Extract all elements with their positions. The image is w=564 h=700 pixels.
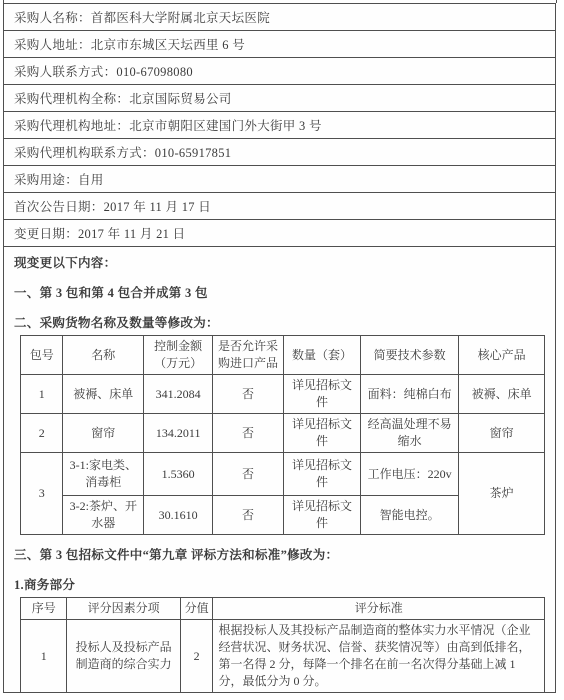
cell-core: 茶炉	[459, 453, 545, 535]
cell-qty: 详见招标文件	[283, 496, 360, 535]
change-date-row: 变更日期：2017 年 11 月 21 日	[4, 220, 555, 247]
cell-amount: 30.1610	[144, 496, 213, 535]
cell-import: 否	[213, 375, 284, 414]
cutoff-border-right	[556, 0, 557, 3]
cell-qty: 详见招标文件	[283, 375, 360, 414]
cell-name: 3-2:茶炉、开水器	[63, 496, 144, 535]
purchaser-contact: 采购人联系方式：010-67098080	[14, 62, 193, 80]
purchaser-name-row: 采购人名称：首都医科大学附属北京天坛医院	[4, 4, 555, 31]
purchase-purpose: 采购用途：自用	[14, 170, 104, 188]
cell-qty: 详见招标文件	[283, 453, 360, 496]
score-table: 序号 评分因素分项 分值 评分标准 1 投标人及投标产品制造商的综合实力 2 根…	[20, 597, 545, 693]
goods-row-3a: 3 3-1:家电类、消毒柜 1.5360 否 详见招标文件 工作电压：220v …	[21, 453, 545, 496]
agency-contact: 采购代理机构联系方式：010-65917851	[14, 143, 231, 161]
score-header-criteria: 评分标准	[213, 598, 545, 620]
cell-tech: 工作电压：220v	[361, 453, 459, 496]
goods-header-qty: 数量（套）	[283, 336, 360, 375]
score-row-1: 1 投标人及投标产品制造商的综合实力 2 根据投标人及其投标产品制造商的整体实力…	[21, 620, 545, 693]
goods-row-2: 2 窗帘 134.2011 否 详见招标文件 经高温处理不易缩水 窗帘	[21, 414, 545, 453]
cell-pkg: 2	[21, 414, 63, 453]
goods-header-import: 是否允许采购进口产品	[213, 336, 284, 375]
cell-tech: 面料：纯棉白布	[361, 375, 459, 414]
score-header-value: 分值	[180, 598, 213, 620]
purchase-purpose-row: 采购用途：自用	[4, 166, 555, 193]
score-header-no: 序号	[21, 598, 67, 620]
goods-table-header-row: 包号 名称 控制金额（万元） 是否允许采购进口产品 数量（套） 简要技术参数 核…	[21, 336, 545, 375]
change-content-cell: 现变更以下内容： 一、第 3 包和第 4 包合并成第 3 包 二、采购货物名称及…	[4, 247, 555, 693]
business-part-heading: 1.商务部分	[14, 577, 545, 593]
goods-header-tech: 简要技术参数	[361, 336, 459, 375]
cell-core: 窗帘	[459, 414, 545, 453]
agency-contact-row: 采购代理机构联系方式：010-65917851	[4, 139, 555, 166]
goods-header-core: 核心产品	[459, 336, 545, 375]
cell-pkg: 1	[21, 375, 63, 414]
change-date: 变更日期：2017 年 11 月 21 日	[14, 224, 185, 242]
cell-score: 2	[180, 620, 213, 693]
cell-import: 否	[213, 414, 284, 453]
cell-name: 被褥、床单	[63, 375, 144, 414]
purchaser-contact-row: 采购人联系方式：010-67098080	[4, 58, 555, 85]
cell-qty: 详见招标文件	[283, 414, 360, 453]
cell-factor: 投标人及投标产品制造商的综合实力	[67, 620, 180, 693]
cell-tech: 经高温处理不易缩水	[361, 414, 459, 453]
section-2-goods-modified: 二、采购货物名称及数量等修改为：	[14, 315, 545, 331]
cell-no: 1	[21, 620, 67, 693]
cell-name: 3-1:家电类、消毒柜	[63, 453, 144, 496]
section-3-eval-method: 三、第 3 包招标文件中“第九章 评标方法和标准”修改为：	[14, 547, 545, 563]
cell-pkg: 3	[21, 453, 63, 535]
goods-header-name: 名称	[63, 336, 144, 375]
goods-header-pkg: 包号	[21, 336, 63, 375]
cell-amount: 341.2084	[144, 375, 213, 414]
cell-criteria: 根据投标人及其投标产品制造商的整体实力水平情况（企业经营状况、财务状况、信誉、获…	[213, 620, 545, 693]
goods-header-amount: 控制金额（万元）	[144, 336, 213, 375]
cell-import: 否	[213, 496, 284, 535]
cell-core: 被褥、床单	[459, 375, 545, 414]
cell-tech: 智能电控。	[361, 496, 459, 535]
cell-amount: 134.2011	[144, 414, 213, 453]
agency-address: 采购代理机构地址：北京市朝阳区建国门外大街甲 3 号	[14, 116, 322, 134]
section-1-merge-packages: 一、第 3 包和第 4 包合并成第 3 包	[14, 285, 545, 301]
score-header-factor: 评分因素分项	[67, 598, 180, 620]
purchaser-name: 采购人名称：首都医科大学附属北京天坛医院	[14, 8, 270, 26]
change-notice-document: 采购人名称：首都医科大学附属北京天坛医院 采购人地址：北京市东城区天坛西里 6 …	[3, 3, 556, 693]
goods-row-1: 1 被褥、床单 341.2084 否 详见招标文件 面料：纯棉白布 被褥、床单	[21, 375, 545, 414]
purchaser-address-row: 采购人地址：北京市东城区天坛西里 6 号	[4, 31, 555, 58]
goods-table: 包号 名称 控制金额（万元） 是否允许采购进口产品 数量（套） 简要技术参数 核…	[20, 335, 545, 535]
cell-import: 否	[213, 453, 284, 496]
cell-amount: 1.5360	[144, 453, 213, 496]
first-announce-date: 首次公告日期：2017 年 11 月 17 日	[14, 197, 211, 215]
cell-name: 窗帘	[63, 414, 144, 453]
agency-address-row: 采购代理机构地址：北京市朝阳区建国门外大街甲 3 号	[4, 112, 555, 139]
agency-name: 采购代理机构全称：北京国际贸易公司	[14, 89, 232, 107]
change-notice-heading: 现变更以下内容：	[14, 255, 545, 271]
purchaser-address: 采购人地址：北京市东城区天坛西里 6 号	[14, 35, 245, 53]
first-announce-date-row: 首次公告日期：2017 年 11 月 17 日	[4, 193, 555, 220]
agency-name-row: 采购代理机构全称：北京国际贸易公司	[4, 85, 555, 112]
score-table-header-row: 序号 评分因素分项 分值 评分标准	[21, 598, 545, 620]
